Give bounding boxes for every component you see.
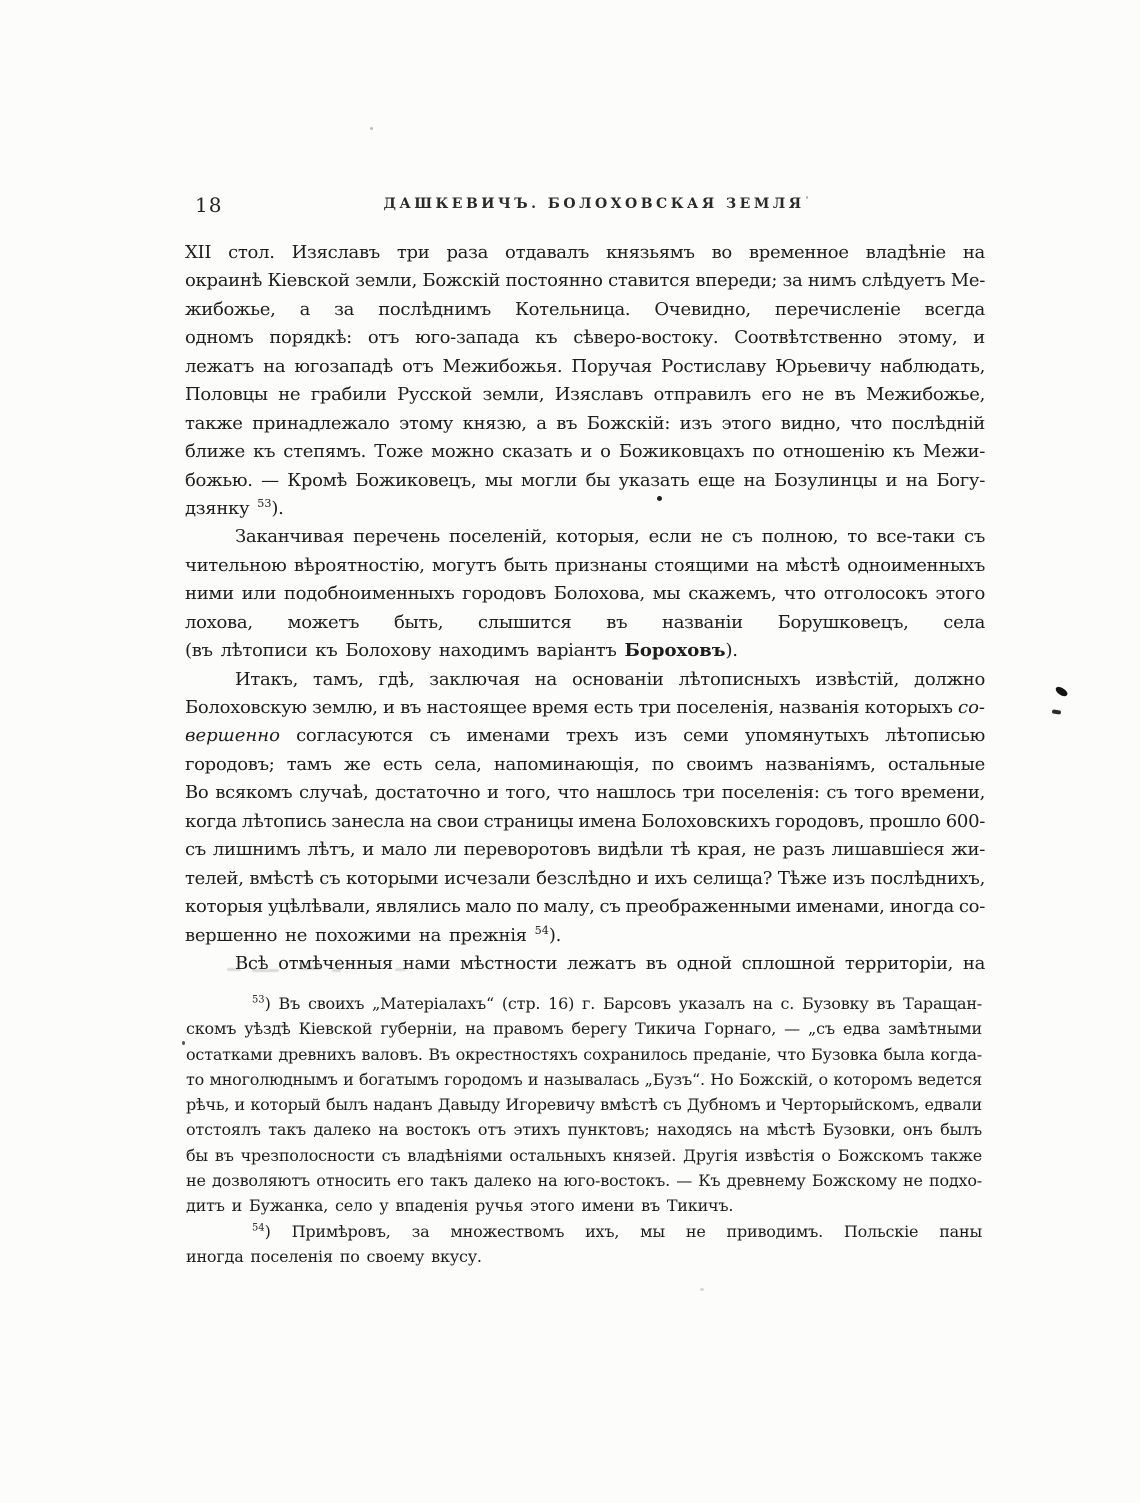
footnote-line: 53) Въ своихъ „Матеріалахъ“ (стр. 16) г.… (186, 991, 982, 1016)
ink-speck (370, 127, 373, 130)
text-line: городовъ; тамъ же есть села, напоминающі… (185, 751, 985, 779)
body-text: XII стол. Изяславъ три раза отдавалъ кня… (185, 239, 985, 978)
text-line: божью. — Кромѣ Божиковецъ, мы могли бы у… (185, 467, 985, 495)
footnote-line: дитъ и Бужанка, село у впаденія ручья эт… (186, 1193, 982, 1218)
footnote-line: рѣчь, и который былъ наданъ Давыду Игоре… (186, 1092, 982, 1117)
footnote-line: не дозволяютъ относить его такъ далеко н… (186, 1168, 982, 1193)
footnotes-block: 53) Въ своихъ „Матеріалахъ“ (стр. 16) г.… (186, 991, 982, 1269)
footnote-line: то многолюднымъ и богатымъ городомъ и на… (186, 1067, 982, 1092)
text-line: окраинѣ Кіевской земли, Божскій постоянн… (185, 267, 985, 295)
footnote-line: иногда поселенія по своему вкусу. (186, 1244, 982, 1269)
text-line: ближе къ степямъ. Тоже можно сказать и о… (185, 438, 985, 466)
footnote-line: скомъ уѣздѣ Кіевской губерніи, на правом… (186, 1016, 982, 1041)
footnote-line: отстоялъ такъ далеко на востокъ отъ этих… (186, 1117, 982, 1142)
text-line: Итакъ, тамъ, гдѣ, заключая на основаніи … (185, 666, 985, 694)
text-line: также принадлежало этому князю, а въ Бож… (185, 410, 985, 438)
text-line: Во всякомъ случаѣ, достаточно и того, чт… (185, 779, 985, 807)
text-line: когда лѣтопись занесла на свои страницы … (185, 808, 985, 836)
running-header: ДАШКЕВИЧЪ. БОЛОХОВСКАЯ ЗЕМЛЯ (185, 192, 985, 212)
ink-speck (1054, 685, 1069, 699)
erased-text-ghost (227, 968, 241, 971)
footnote-line: 54) Примѣровъ, за множествомъ ихъ, мы не… (186, 1219, 982, 1244)
erased-text-ghost (252, 969, 279, 972)
text-line: (въ лѣтописи къ Болохову находимъ варіан… (185, 637, 985, 665)
text-line: Заканчивая перечень поселеній, которыя, … (185, 523, 985, 551)
erased-text-ghost (299, 966, 322, 970)
text-line: вершенно согласуются съ именами трехъ из… (185, 722, 985, 750)
ink-speck (182, 1041, 185, 1045)
ink-speck (700, 1288, 704, 1291)
footnote-line: остатками древнихъ валовъ. Въ окрестност… (186, 1042, 982, 1067)
text-line: чительною вѣроятностію, могутъ быть приз… (185, 552, 985, 580)
text-line: вершенно не похожими на прежнія 54). (185, 922, 985, 950)
text-line: Всѣ отмѣченныя нами мѣстности лежатъ въ … (185, 950, 985, 978)
ink-speck (1052, 709, 1061, 714)
page-header: 18 ДАШКЕВИЧЪ. БОЛОХОВСКАЯ ЗЕМЛЯ (185, 192, 985, 220)
text-line: которыя уцѣлѣвали, являлись мало по малу… (185, 893, 985, 921)
erased-text-ghost (332, 969, 341, 972)
text-line: Болоховскую землю, и въ настоящее время … (185, 694, 985, 722)
text-line: лохова, можетъ быть, слышится въ названі… (185, 609, 985, 637)
ink-speck (657, 496, 662, 501)
ink-speck (806, 196, 808, 199)
text-line: лежатъ на югозападѣ отъ Межибожья. Поруч… (185, 353, 985, 381)
text-line: дзянку 53). (185, 495, 985, 523)
erased-text-ghost (395, 968, 406, 971)
text-line: одномъ порядкѣ: отъ юго-запада къ сѣверо… (185, 324, 985, 352)
text-line: съ лишнимъ лѣтъ, и мало ли переворотовъ … (185, 836, 985, 864)
text-line: Половцы не грабили Русской земли, Изясла… (185, 381, 985, 409)
page-number: 18 (195, 193, 222, 217)
text-line: жибожье, а за послѣднимъ Котельница. Оче… (185, 296, 985, 324)
text-line: ними или подобноименныхъ городовъ Болохо… (185, 580, 985, 608)
scanned-book-page: 18 ДАШКЕВИЧЪ. БОЛОХОВСКАЯ ЗЕМЛЯ XII стол… (0, 0, 1140, 1503)
footnote-line: бы въ чрезполосности съ владѣніями остал… (186, 1143, 982, 1168)
text-line: XII стол. Изяславъ три раза отдавалъ кня… (185, 239, 985, 267)
text-line: телей, вмѣстѣ съ которыми исчезали безсл… (185, 865, 985, 893)
